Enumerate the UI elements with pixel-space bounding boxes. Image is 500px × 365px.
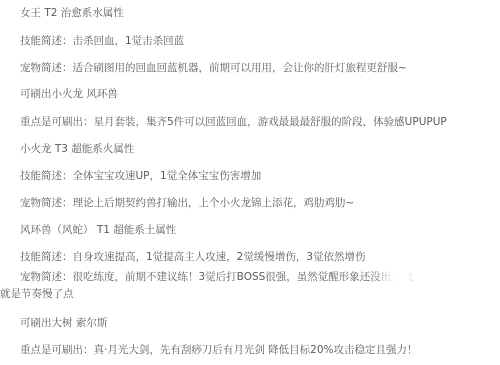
queen-pet-summary: 宠物简述：适合刷图用的回血回蓝机器，前期可以用用，会让你的肝灯旅程更舒服~ [20,61,407,75]
wind-ring-drop-highlight: 重点是可刷出：真·月光大剑，先有刮痧刀后有月光剑 降低目标20%攻击稳定且强力！ [20,343,418,357]
faded-overlay [372,268,412,288]
wind-ring-pet-summary-continued: 就是节奏慢了点 [0,287,74,301]
wind-ring-drops: 可刷出大树 索尔斯 [20,316,107,330]
wind-ring-skill-summary: 技能简述：自身攻速提高，1觉提高主人攻速，2觉缓慢增伤，3觉依然增伤 [20,250,366,264]
heading-fire-dragon: 小火龙 T3 超能系火属性 [20,142,134,156]
queen-skill-summary: 技能简述：击杀回血，1觉击杀回蓝 [20,34,184,48]
wind-ring-pet-summary: 宠物简述：很吃练度，前期不建议练！3觉后打BOSS很强，虽然觉醒形象还没出，依 [20,270,412,284]
fire-dragon-pet-summary: 宠物简述：理论上后期契约兽打输出，上个小火龙锦上添花，鸡肋鸡肋~ [20,196,354,210]
heading-wind-ring-beast: 风环兽（风蛇） T1 超能系土属性 [20,223,176,237]
queen-drop-highlight: 重点是可刷出：星月套装，集齐5件可以回蓝回血，游戏最最最舒服的阶段，体验感UPU… [20,115,447,129]
fire-dragon-skill-summary: 技能简述：全体宝宝攻速UP，1觉全体宝宝伤害增加 [20,169,261,183]
queen-drops: 可刷出小火龙 风环兽 [20,87,118,101]
heading-queen: 女王 T2 治愈系水属性 [20,6,124,20]
